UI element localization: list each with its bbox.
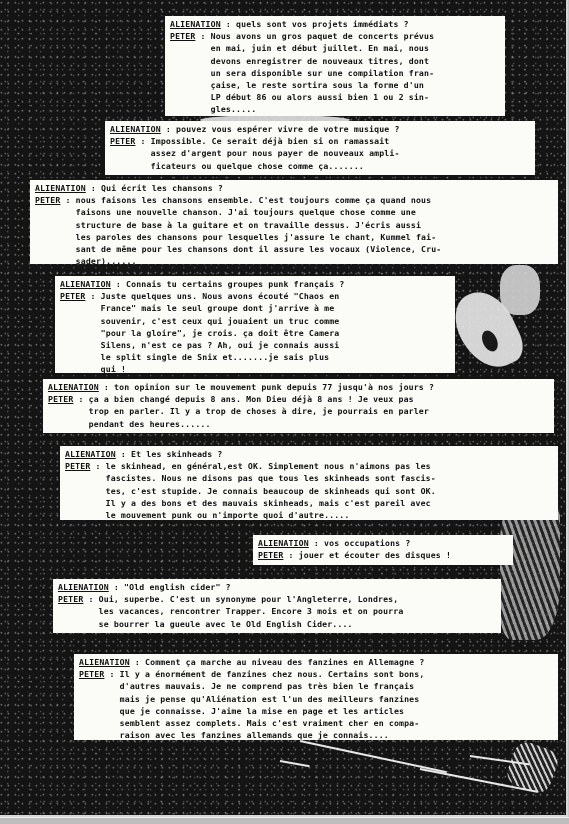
answer-line: PETER : Juste quelques uns. Nous avons é… [60, 290, 449, 375]
interview-box-skinheads: ALIENATION : Et les skinheads ? PETER : … [60, 446, 558, 520]
respondent-label: PETER [170, 30, 195, 115]
answer-line: PETER : nous faisons les chansons ensemb… [35, 194, 552, 267]
answer-line: PETER : Nous avons un gros paquet de con… [170, 30, 499, 115]
interviewer-label: ALIENATION [48, 381, 99, 393]
scratch-line [280, 760, 310, 767]
interview-box-songwriting: ALIENATION : Qui écrit les chansons ? PE… [30, 180, 558, 264]
interviewer-label: ALIENATION [258, 537, 309, 549]
question-line: ALIENATION : quels sont vos projets immé… [170, 18, 499, 30]
answer-line: PETER : jouer et écouter des disques ! [258, 549, 507, 561]
answer-text: Oui, superbe. C'est un synonyme pour l'A… [99, 593, 495, 630]
answer-text: Nous avons un gros paquet de concerts pr… [211, 30, 499, 115]
interviewer-label: ALIENATION [35, 182, 86, 194]
answer-text: ça a bien changé depuis 8 ans. Mon Dieu … [89, 393, 548, 430]
respondent-label: PETER [110, 135, 135, 172]
interview-box-fanzines: ALIENATION : Comment ça marche au niveau… [74, 654, 558, 740]
answer-line: PETER : le skinhead, en général,est OK. … [65, 460, 552, 521]
respondent-label: PETER [65, 460, 90, 521]
fanzine-page: ALIENATION : quels sont vos projets immé… [0, 0, 568, 817]
interviewer-label: ALIENATION [60, 278, 111, 290]
answer-text: Juste quelques uns. Nous avons écouté "C… [101, 290, 449, 375]
question-text: vos occupations ? [324, 537, 507, 549]
respondent-label: PETER [60, 290, 85, 375]
question-line: ALIENATION : Comment ça marche au niveau… [79, 656, 552, 668]
respondent-label: PETER [258, 549, 283, 561]
interview-box-punk-movement: ALIENATION : ton opinion sur le mouvemen… [43, 379, 554, 433]
respondent-label: PETER [48, 393, 73, 430]
question-text: Comment ça marche au niveau des fanzines… [145, 656, 552, 668]
interview-box-projects: ALIENATION : quels sont vos projets immé… [165, 16, 505, 116]
respondent-label: PETER [35, 194, 60, 267]
question-text: quels sont vos projets immédiats ? [236, 18, 499, 30]
question-text: Et les skinheads ? [131, 448, 552, 460]
interview-box-occupations: ALIENATION : vos occupations ? PETER : j… [253, 535, 513, 565]
answer-line: PETER : Impossible. Ce serait déjà bien … [110, 135, 529, 172]
question-text: pouvez vous espérer vivre de votre musiq… [176, 123, 529, 135]
interviewer-label: ALIENATION [110, 123, 161, 135]
interviewer-label: ALIENATION [79, 656, 130, 668]
respondent-label: PETER [58, 593, 83, 630]
question-text: Qui écrit les chansons ? [101, 182, 552, 194]
answer-line: PETER : Oui, superbe. C'est un synonyme … [58, 593, 495, 630]
question-line: ALIENATION : pouvez vous espérer vivre d… [110, 123, 529, 135]
interview-box-music-living: ALIENATION : pouvez vous espérer vivre d… [105, 121, 535, 175]
question-text: "Old english cider" ? [124, 581, 495, 593]
question-line: ALIENATION : ton opinion sur le mouvemen… [48, 381, 548, 393]
question-line: ALIENATION : "Old english cider" ? [58, 581, 495, 593]
question-text: Connais tu certains groupes punk françai… [126, 278, 449, 290]
photo-fragment [504, 739, 562, 797]
question-line: ALIENATION : Et les skinheads ? [65, 448, 552, 460]
interviewer-label: ALIENATION [58, 581, 109, 593]
interviewer-label: ALIENATION [170, 18, 221, 30]
interview-box-cider: ALIENATION : "Old english cider" ? PETER… [53, 579, 501, 633]
answer-line: PETER : ça a bien changé depuis 8 ans. M… [48, 393, 548, 430]
answer-text: jouer et écouter des disques ! [299, 549, 507, 561]
answer-line: PETER : Il y a énormément de fanzines ch… [79, 668, 552, 741]
interviewer-label: ALIENATION [65, 448, 116, 460]
question-line: ALIENATION : Connais tu certains groupes… [60, 278, 449, 290]
interview-box-french-punk: ALIENATION : Connais tu certains groupes… [55, 276, 455, 373]
answer-text: Il y a énormément de fanzines chez nous.… [120, 668, 552, 741]
scan-edge [0, 817, 569, 824]
answer-text: le skinhead, en général,est OK. Simpleme… [106, 460, 552, 521]
question-text: ton opinion sur le mouvement punk depuis… [114, 381, 548, 393]
respondent-label: PETER [79, 668, 104, 741]
question-line: ALIENATION : Qui écrit les chansons ? [35, 182, 552, 194]
question-line: ALIENATION : vos occupations ? [258, 537, 507, 549]
answer-text: Impossible. Ce serait déjà bien si on ra… [151, 135, 529, 172]
answer-text: nous faisons les chansons ensemble. C'es… [76, 194, 552, 267]
scratch-line [300, 740, 447, 773]
